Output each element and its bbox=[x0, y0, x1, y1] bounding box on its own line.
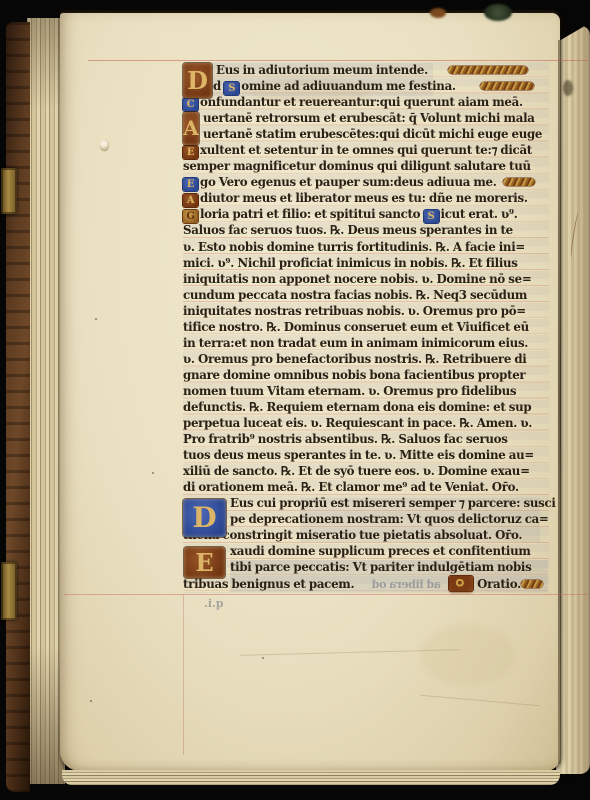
line-text: in terra:et non tradat eum in animam ini… bbox=[183, 336, 528, 350]
manuscript-line: thena constringit miseratio tue pietatis… bbox=[183, 527, 549, 543]
brass-clasp-bottom bbox=[1, 562, 17, 620]
show-through-text: ad libera od bbox=[372, 577, 441, 593]
illuminated-initial: S bbox=[224, 82, 239, 95]
line-text: ʋ. Oremus pro benefactoribus nostris. ℞.… bbox=[183, 352, 527, 366]
line-filler-ornament bbox=[521, 580, 543, 588]
speck bbox=[262, 657, 264, 659]
manuscript-line: mici. ʋ⁹. Nichil proficiat inimicus in n… bbox=[183, 255, 549, 271]
manuscript-line: defunctis. ℞. Requiem eternam dona eis d… bbox=[183, 399, 549, 415]
illuminated-initial-large: A bbox=[183, 112, 199, 145]
ruling-line-top bbox=[88, 60, 588, 61]
illuminated-initial-large: D bbox=[183, 63, 212, 98]
paraph-ornament bbox=[449, 576, 473, 591]
text-block: Eus in adiutorium meum intende.d Somine … bbox=[183, 62, 549, 593]
line-text: d bbox=[213, 79, 224, 93]
manuscript-line: d Somine ad adiuuandum me festina. bbox=[183, 78, 549, 94]
manuscript-line: Gloria patri et filio: et spititui sanct… bbox=[183, 206, 549, 222]
manuscript-line: Eus cui propriū est misereri semper ⁊ pa… bbox=[183, 495, 549, 511]
line-text: ʋ. Esto nobis domine turris fortitudinis… bbox=[183, 240, 525, 254]
line-text: tribuas benignus et pacem. bbox=[183, 577, 354, 591]
mold-spot bbox=[484, 4, 512, 21]
fore-edge-smudge bbox=[563, 80, 573, 96]
show-through-text-margin: q.i. bbox=[204, 597, 224, 610]
line-text: tuos deus meus sperantes in te. ʋ. Mitte… bbox=[183, 448, 534, 462]
speck bbox=[90, 700, 92, 702]
line-text: icut erat. ʋ⁹. bbox=[441, 207, 518, 221]
manuscript-line: in terra:et non tradat eum in animam ini… bbox=[183, 335, 549, 351]
illuminated-initial-large: E bbox=[184, 547, 225, 578]
line-text: tibi parce peccatis: Vt pariter indulgēt… bbox=[230, 560, 531, 574]
brass-clasp-top bbox=[1, 168, 17, 214]
manuscript-line: uertanē retrorsum et erubescāt: q̄ Volun… bbox=[183, 110, 549, 126]
illuminated-initial: C bbox=[183, 98, 198, 111]
illuminated-initial: E bbox=[183, 146, 198, 159]
line-text: xiliū de sancto. ℞. Et de syō tuere eos.… bbox=[183, 464, 530, 478]
line-text: perpetua luceat eis. ʋ. Requiescant in p… bbox=[183, 416, 532, 430]
manuscript-line: Exultent et setentur in te omnes qui que… bbox=[183, 142, 549, 158]
page-gap-shadow bbox=[558, 40, 561, 764]
manuscript-line: tribuas benignus et pacem.ad libera odOr… bbox=[183, 576, 549, 592]
manuscript-line: uertanē statim erubescētes:qui dicūt mic… bbox=[183, 126, 549, 142]
manuscript-line: tibi parce peccatis: Vt pariter indulgēt… bbox=[183, 559, 549, 575]
manuscript-line: xiliū de sancto. ℞. Et de syō tuere eos.… bbox=[183, 463, 549, 479]
manuscript-line: semper magnificetur dominus qui diligunt… bbox=[183, 158, 549, 174]
line-filler-ornament bbox=[503, 178, 535, 186]
line-text: loria patri et filio: et spititui sancto bbox=[200, 207, 424, 221]
manuscript-line: di orationem meā. ℞. Et clamor me⁹ ad te… bbox=[183, 479, 549, 495]
illuminated-initial: G bbox=[183, 210, 198, 223]
speck bbox=[95, 318, 97, 320]
line-text: diutor meus et liberator meus es tu: dñe… bbox=[200, 191, 528, 205]
illuminated-initial: S bbox=[424, 210, 439, 223]
line-text: go Vero egenus et pauper sum:deus adiuua… bbox=[200, 175, 497, 189]
stain bbox=[420, 625, 515, 685]
manuscript-line: Adiutor meus et liberator meus es tu: dñ… bbox=[183, 190, 549, 206]
leather-spine bbox=[6, 22, 30, 792]
illuminated-initial: E bbox=[183, 178, 198, 191]
line-text: uertanē statim erubescētes:qui dicūt mic… bbox=[203, 127, 542, 141]
line-text: iniquitates nostras retribuas nobis. ʋ. … bbox=[183, 304, 526, 318]
line-text: xaudi domine supplicum preces et confite… bbox=[230, 544, 531, 558]
line-text: Oratio. bbox=[477, 577, 521, 591]
ruling-line-bottom bbox=[64, 594, 588, 595]
line-text: xultent et setentur in te omnes qui quer… bbox=[200, 143, 532, 157]
ruling-line-left-margin bbox=[183, 595, 184, 755]
manuscript-line: ʋ. Oremus pro benefactoribus nostris. ℞.… bbox=[183, 351, 549, 367]
manuscript-line: tifice nostro. ℞. Dominus conseruet eum … bbox=[183, 319, 549, 335]
illuminated-initial-large: D bbox=[183, 499, 226, 537]
manuscript-line: tuos deus meus sperantes in te. ʋ. Mitte… bbox=[183, 447, 549, 463]
manuscript-line: iniquitates nostras retribuas nobis. ʋ. … bbox=[183, 303, 549, 319]
line-text: defunctis. ℞. Requiem eternam dona eis d… bbox=[183, 400, 531, 414]
rust-spot bbox=[430, 8, 446, 18]
line-text: uertanē retrorsum et erubescāt: q̄ Volun… bbox=[203, 111, 535, 125]
line-text: di orationem meā. ℞. Et clamor me⁹ ad te… bbox=[183, 480, 519, 494]
line-text: semper magnificetur dominus qui diligunt… bbox=[183, 159, 531, 173]
line-text: Saluos fac seruos tuos. ℞. Deus meus spe… bbox=[183, 223, 513, 237]
manuscript-line: perpetua luceat eis. ʋ. Requiescant in p… bbox=[183, 415, 549, 431]
illuminated-initial: A bbox=[183, 194, 198, 207]
manuscript-line: xaudi domine supplicum preces et confite… bbox=[183, 543, 549, 559]
line-text: Pro fratrib⁹ nostris absentibus. ℞. Salu… bbox=[183, 432, 508, 446]
parchment-flaw bbox=[100, 139, 109, 150]
line-text: gnare domine omnibus nobis bona facienti… bbox=[183, 368, 525, 382]
line-filler-ornament bbox=[448, 66, 528, 74]
line-text: cundum peccata nostra facias nobis. ℞. N… bbox=[183, 288, 527, 302]
manuscript-line: nomen tuum Vitam eternam. ʋ. Oremus pro … bbox=[183, 383, 549, 399]
manuscript-line: Confundantur et reuereantur:qui querunt … bbox=[183, 94, 549, 110]
line-text: omine ad adiuuandum me festina. bbox=[241, 79, 455, 93]
line-text: iniquitatis non apponet nocere nobis. ʋ.… bbox=[183, 272, 531, 286]
manuscript-line: ʋ. Esto nobis domine turris fortitudinis… bbox=[183, 239, 549, 255]
manuscript-line: pe deprecationem nostram: Vt quos delict… bbox=[183, 511, 549, 527]
line-text: Eus in adiutorium meum intende. bbox=[216, 63, 428, 77]
bottom-page-edges bbox=[62, 770, 560, 785]
right-fore-edge bbox=[556, 26, 590, 774]
manuscript-line: gnare domine omnibus nobis bona facienti… bbox=[183, 367, 549, 383]
manuscript-photo: Eus in adiutorium meum intende.d Somine … bbox=[0, 0, 590, 800]
manuscript-line: Saluos fac seruos tuos. ℞. Deus meus spe… bbox=[183, 222, 549, 238]
manuscript-line: Ego Vero egenus et pauper sum:deus adiuu… bbox=[183, 174, 549, 190]
line-text: thena constringit miseratio tue pietatis… bbox=[183, 528, 522, 542]
line-text: Eus cui propriū est misereri semper ⁊ pa… bbox=[230, 496, 556, 510]
manuscript-line: iniquitatis non apponet nocere nobis. ʋ.… bbox=[183, 271, 549, 287]
line-text: tifice nostro. ℞. Dominus conseruet eum … bbox=[183, 320, 529, 334]
line-text: onfundantur et reuereantur:qui querunt a… bbox=[200, 95, 523, 109]
line-filler-ornament bbox=[480, 82, 534, 90]
manuscript-line: cundum peccata nostra facias nobis. ℞. N… bbox=[183, 287, 549, 303]
line-text: nomen tuum Vitam eternam. ʋ. Oremus pro … bbox=[183, 384, 516, 398]
line-text: pe deprecationem nostram: Vt quos delict… bbox=[230, 512, 549, 526]
manuscript-line: Eus in adiutorium meum intende. bbox=[183, 62, 549, 78]
speck bbox=[152, 472, 154, 474]
manuscript-line: Pro fratrib⁹ nostris absentibus. ℞. Salu… bbox=[183, 431, 549, 447]
line-text: mici. ʋ⁹. Nichil proficiat inimicus in n… bbox=[183, 256, 518, 270]
